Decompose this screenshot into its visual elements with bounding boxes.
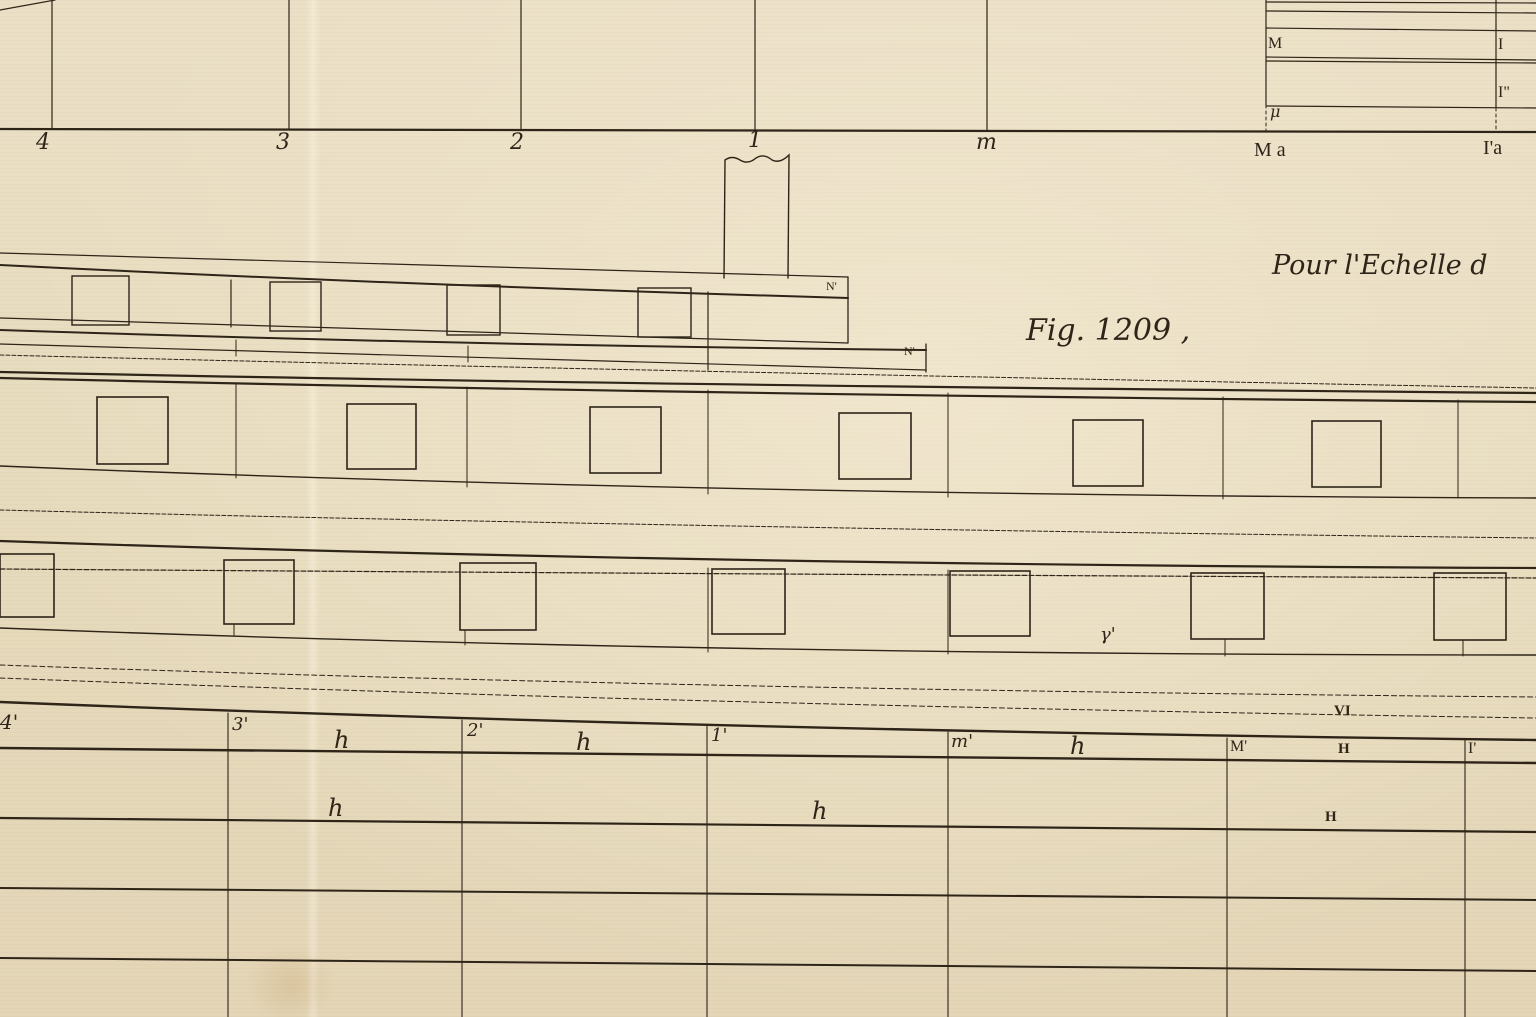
- station-label-m: m: [976, 132, 997, 154]
- inner-label-i: I: [1498, 37, 1503, 53]
- grid-row2-h-2: h: [812, 799, 827, 823]
- grid-station-mp: m': [951, 733, 973, 751]
- ship-plan-drawing: [0, 0, 1536, 1017]
- lower-gun-deck: [0, 510, 1536, 656]
- grid-row1-h-1: h: [334, 728, 349, 752]
- top-frame: [0, 0, 1536, 132]
- waterline-label-vi: VI: [1334, 704, 1351, 719]
- figure-label: Fig. 1209 ,: [1026, 316, 1190, 346]
- inner-label-i-double-prime: I": [1498, 85, 1510, 101]
- grid-station-2p: 2': [467, 722, 483, 740]
- station-label-4: 4: [36, 132, 50, 154]
- grid-row2-H: H: [1325, 810, 1337, 825]
- grid-station-1p: 1': [711, 727, 727, 745]
- upper-gun-deck: [0, 378, 1536, 499]
- station-label-1: 1: [748, 130, 762, 152]
- deck-mark-n-upper: N': [826, 280, 837, 292]
- station-label-3: 3: [276, 132, 290, 154]
- inner-label-mu: μ: [1270, 104, 1280, 120]
- station-label-ia: I'a: [1483, 138, 1502, 158]
- hull-label-gamma: γ': [1100, 626, 1116, 644]
- station-label-ma: M a: [1254, 140, 1286, 160]
- lower-grid: [0, 702, 1536, 1017]
- grid-station-3p: 3': [232, 716, 248, 734]
- grid-row1-h-3: h: [1070, 734, 1085, 758]
- grid-station-M-prime: M': [1230, 739, 1247, 755]
- grid-station-I-prime: I': [1468, 741, 1476, 757]
- inner-label-m: M: [1268, 36, 1282, 52]
- mast-stump: [724, 155, 789, 278]
- station-label-2: 2: [510, 132, 524, 154]
- grid-row1-h-2: h: [576, 730, 591, 754]
- grid-row1-H: H: [1338, 742, 1350, 757]
- engraved-plate: 4 3 2 1 m M a I'a M I I" μ Pour l'Echell…: [0, 0, 1536, 1017]
- grid-row2-h-1: h: [328, 796, 343, 820]
- grid-station-4p: 4': [0, 712, 18, 732]
- deck-mark-n-lower: N': [904, 345, 915, 357]
- scale-caption: Pour l'Echelle d: [1272, 252, 1488, 279]
